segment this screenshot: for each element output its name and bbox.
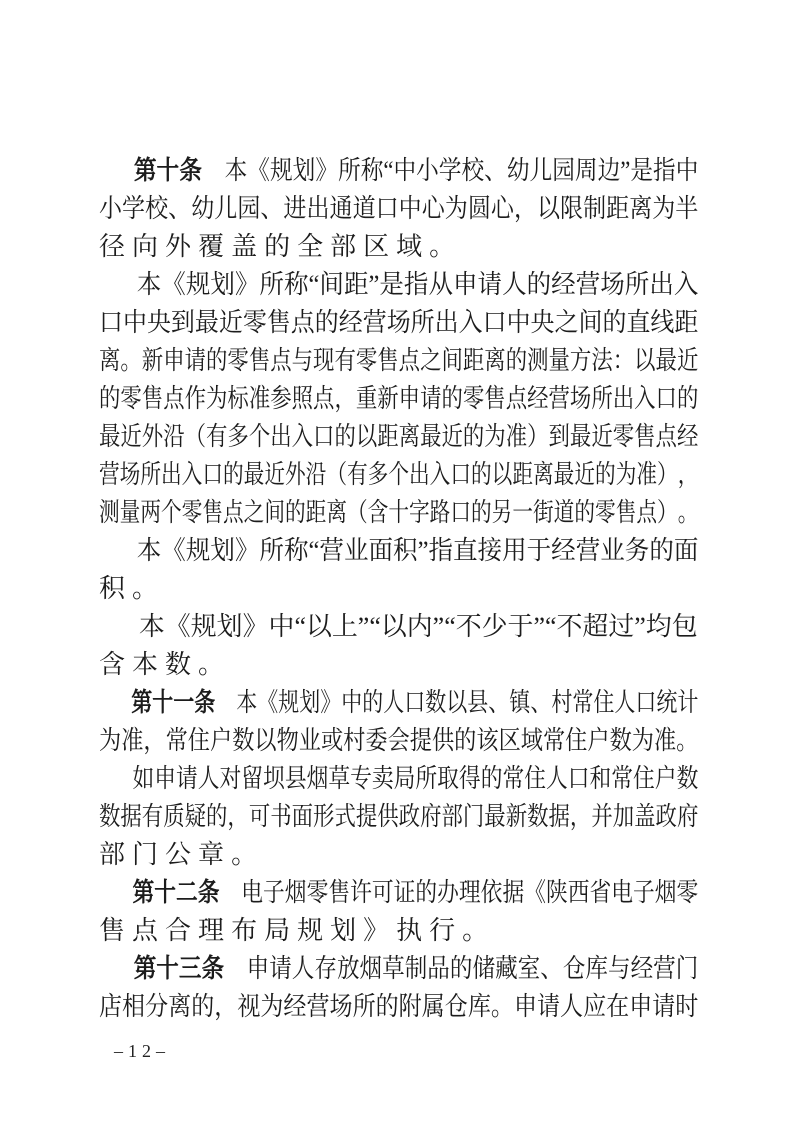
text-line: 口中央到最近零售点的经营场所出入口中央之间的直线距 xyxy=(99,304,651,342)
text-line: 如申请人对留坝县烟草专卖局所取得的常住人口和常住户数 xyxy=(99,760,600,798)
text-line: 测量两个零售点之间的距离（含十字路口的另一街道的零售点）。 xyxy=(99,494,575,532)
document-body: 第十条本《规划》所称“中小学校、幼儿园周边”是指中小学校、幼儿园、进出通道口中心… xyxy=(99,152,698,1026)
page-footer: –12– xyxy=(114,1040,170,1062)
text-line: 本《规划》所称“营业面积”指直接用于经营业务的面 xyxy=(99,532,664,570)
text-line: 第十一条本《规划》中的人口数以县、镇、村常住人口统计 xyxy=(99,684,583,722)
text-line: 含本数。 xyxy=(99,646,698,684)
text-line: 为准，常住户数以物业或村委会提供的该区域常住户数为准。 xyxy=(99,722,610,760)
text-line: 部门公章。 xyxy=(99,836,698,874)
text-line: 径向外覆盖的全部区域。 xyxy=(99,228,698,266)
document-page: { "page": { "background": "#ffffff", "te… xyxy=(0,0,793,1122)
text-line: 本《规划》所称“间距”是指从申请人的经营场所出入 xyxy=(99,266,664,304)
text-line: 第十条本《规划》所称“中小学校、幼儿园周边”是指中 xyxy=(99,152,621,190)
text-line: 积。 xyxy=(99,570,698,608)
page-canvas: 第十条本《规划》所称“中小学校、幼儿园周边”是指中小学校、幼儿园、进出通道口中心… xyxy=(0,0,793,1122)
text-line: 离。新申请的零售点与现有零售点之间距离的测量方法：以最近 xyxy=(99,342,592,380)
text-line: 第十三条申请人存放烟草制品的储藏室、仓库与经营门 xyxy=(99,950,619,988)
text-line: 第十二条电子烟零售许可证的办理依据《陕西省电子烟零 xyxy=(99,874,600,912)
text-line: 本《规划》中“以上”“以内”“不少于”“不超过”均包 xyxy=(99,608,696,646)
text-line: 小学校、幼儿园、进出通道口中心为圆心，以限制距离为半 xyxy=(99,190,630,228)
page-number: –12– xyxy=(114,1041,170,1061)
text-line: 数据有质疑的，可书面形式提供政府部门最新数据，并加盖政府 xyxy=(99,798,592,836)
text-line: 售点合理布局规划》执行。 xyxy=(99,912,698,950)
text-line: 的零售点作为标准参照点，重新申请的零售点经营场所出入口的 xyxy=(99,380,592,418)
text-line: 营场所出入口的最近外沿（有多个出入口的以距离最近的为准）， xyxy=(99,456,575,494)
text-line: 最近外沿（有多个出入口的以距离最近的为准）到最近零售点经 xyxy=(99,418,592,456)
text-line: 店相分离的，视为经营场所的附属仓库。申请人应在申请时 xyxy=(99,988,630,1026)
